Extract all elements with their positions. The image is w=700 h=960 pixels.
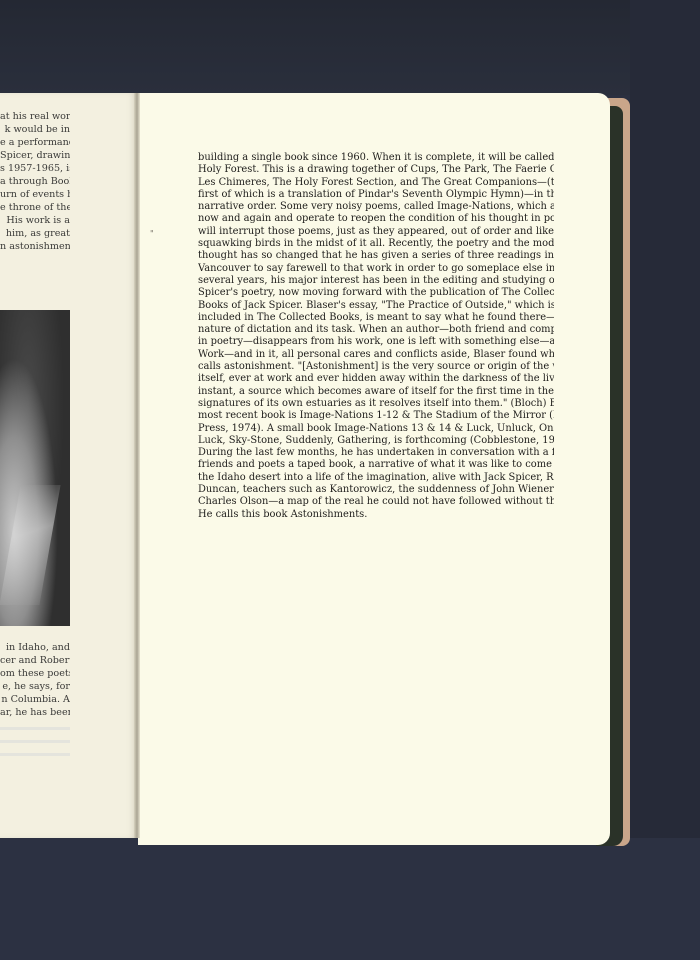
scan-background-bottom	[0, 838, 700, 960]
text-line: Holy Forest. This is a drawing together …	[198, 164, 554, 176]
faded-text-bleed	[0, 721, 70, 761]
text-line: His work is a	[0, 214, 70, 227]
text-line: building a single book since 1960. When …	[198, 152, 554, 164]
text-line: n Columbia. A	[0, 693, 70, 706]
text-line: the Idaho desert into a life of the imag…	[198, 472, 554, 484]
text-line: will interrupt those poems, just as they…	[198, 226, 554, 238]
left-page-bottom-text: in Idaho, and cer and Robert om these po…	[0, 641, 70, 719]
text-line: Luck, Sky-Stone, Suddenly, Gathering, is…	[198, 435, 554, 447]
scan-background-right	[630, 0, 700, 960]
text-line: e a performance	[0, 136, 70, 149]
book-spine-gutter	[134, 93, 140, 838]
text-line: at his real work	[0, 110, 70, 123]
photo-highlight	[0, 485, 61, 605]
text-line: Press, 1974). A small book Image-Nations…	[198, 423, 554, 435]
author-photo	[0, 310, 70, 626]
text-line: k would be in	[0, 123, 70, 136]
text-line: Spicer, drawing	[0, 149, 70, 162]
text-line: Duncan, teachers such as Kantorowicz, th…	[198, 484, 554, 496]
text-line: urn of events he	[0, 188, 70, 201]
text-line: He calls this book Astonishments.	[198, 509, 554, 521]
text-line: instant, a source which becomes aware of…	[198, 386, 554, 398]
text-line: Vancouver to say farewell to that work i…	[198, 263, 554, 275]
text-line: e throne of the	[0, 201, 70, 214]
text-line: s 1957-1965, is	[0, 162, 70, 175]
text-line: him, as great	[0, 227, 70, 240]
text-line: Les Chimeres, The Holy Forest Section, a…	[198, 177, 554, 189]
text-line: ar, he has been	[0, 706, 70, 719]
text-line: in Idaho, and	[0, 641, 70, 654]
text-line: several years, his major interest has be…	[198, 275, 554, 287]
text-line: a through Book	[0, 175, 70, 188]
text-line: squawking birds in the midst of it all. …	[198, 238, 554, 250]
text-line: narrative order. Some very noisy poems, …	[198, 201, 554, 213]
text-line: om these poets	[0, 667, 70, 680]
text-line: itself, ever at work and ever hidden awa…	[198, 373, 554, 385]
left-page: at his real work k would be in e a perfo…	[0, 93, 137, 838]
right-page: " building a single book since 1960. Whe…	[138, 93, 610, 845]
scan-background-top	[0, 0, 700, 95]
text-line: most recent book is Image-Nations 1-12 &…	[198, 410, 554, 422]
text-line: included in The Collected Books, is mean…	[198, 312, 554, 324]
left-page-top-text: at his real work k would be in e a perfo…	[0, 110, 70, 253]
text-line: n astonishment.	[0, 240, 70, 253]
text-line: nature of dictation and its task. When a…	[198, 324, 554, 336]
text-line: signatures of its own estuaries as it re…	[198, 398, 554, 410]
text-line: calls astonishment. "[Astonishment] is t…	[198, 361, 554, 373]
text-line: Charles Olson—a map of the real he could…	[198, 496, 554, 508]
text-line: Books of Jack Spicer. Blaser's essay, "T…	[198, 300, 554, 312]
text-line: Spicer's poetry, now moving forward with…	[198, 287, 554, 299]
page-speck: "	[150, 229, 154, 238]
text-line: thought has so changed that he has given…	[198, 250, 554, 262]
text-line: During the last few months, he has under…	[198, 447, 554, 459]
text-line: cer and Robert	[0, 654, 70, 667]
text-line: now and again and operate to reopen the …	[198, 213, 554, 225]
text-line: first of which is a translation of Pinda…	[198, 189, 554, 201]
text-line: e, he says, for	[0, 680, 70, 693]
text-line: in poetry—disappears from his work, one …	[198, 336, 554, 348]
text-line: Work—and in it, all personal cares and c…	[198, 349, 554, 361]
text-line: friends and poets a taped book, a narrat…	[198, 459, 554, 471]
right-page-body-text: building a single book since 1960. When …	[198, 152, 554, 521]
